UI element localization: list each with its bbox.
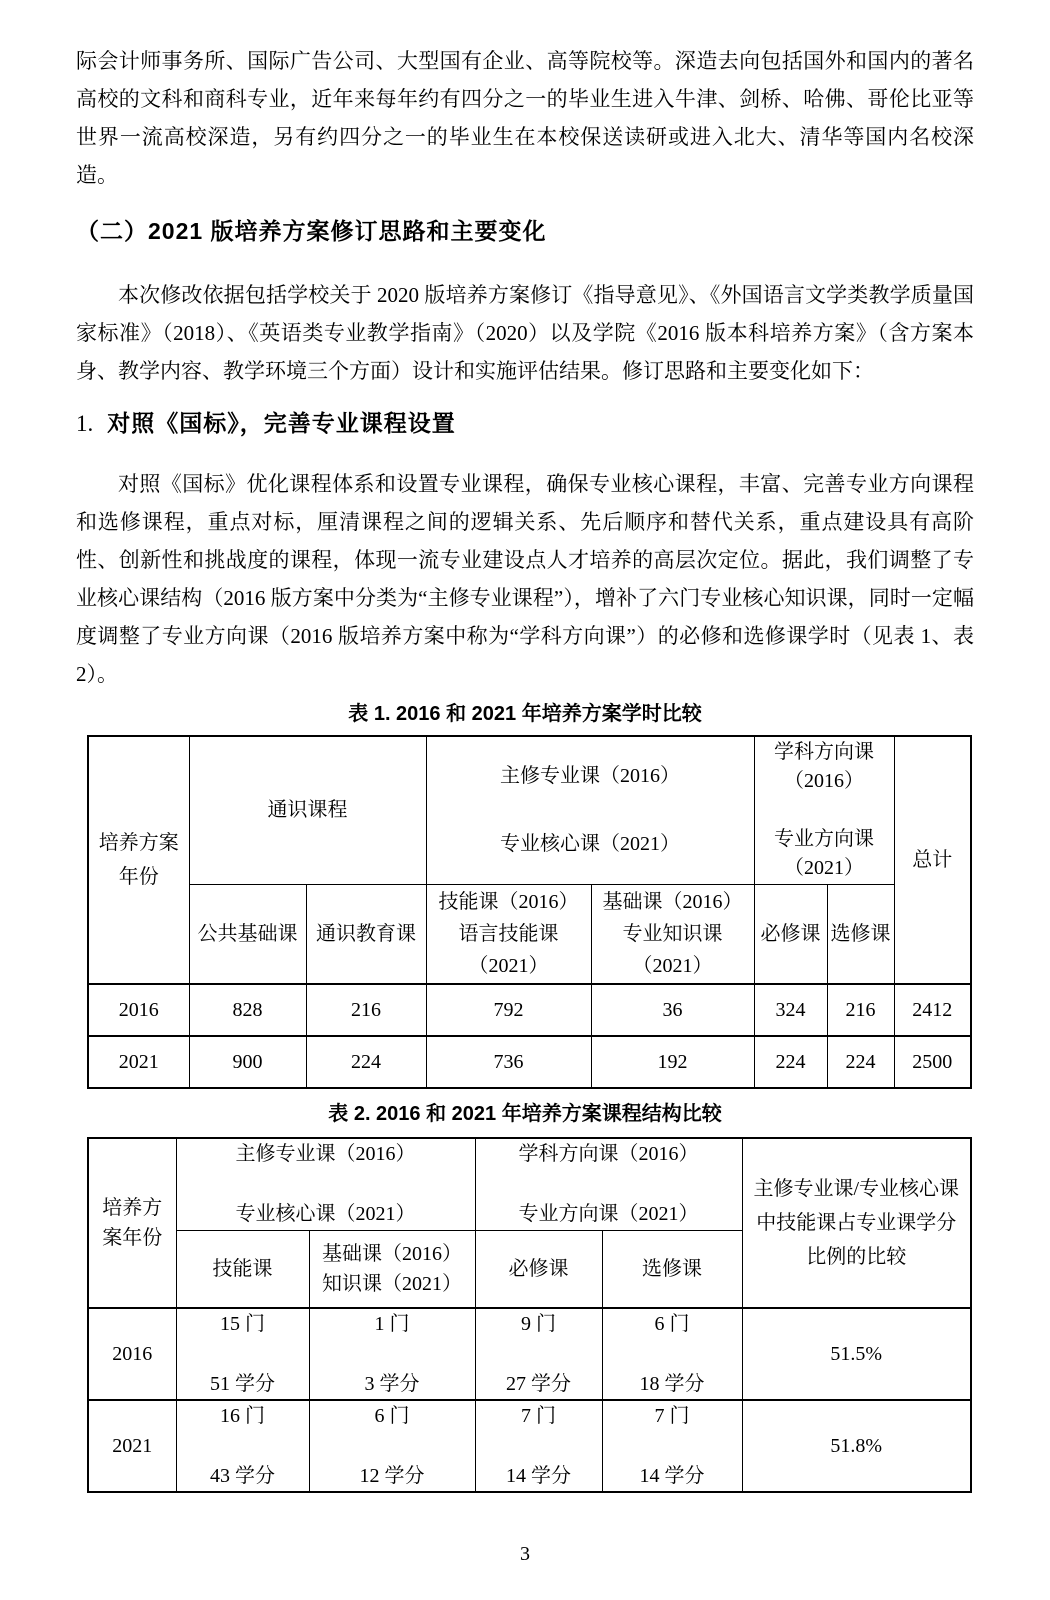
table-cell: 224 <box>306 1036 426 1088</box>
table-cell: 324 <box>754 984 827 1036</box>
table-cell: 216 <box>827 984 894 1036</box>
table2-header-elective: 选修课 <box>602 1230 742 1308</box>
table1-header-skill: 技能课（2016） 语言技能课 （2021） <box>426 884 591 984</box>
paragraph-detail: 对照《国标》优化课程体系和设置专业课程，确保专业核心课程，丰富、完善专业方向课程… <box>76 465 974 693</box>
table-cell: 2412 <box>894 984 971 1036</box>
table-cell: 2016 <box>88 984 189 1036</box>
table-cell: 15 门 51 学分 <box>176 1308 309 1400</box>
table2-header-major: 主修专业课（2016） 专业核心课（2021） <box>176 1138 475 1230</box>
table2-header-ratio: 主修专业课/专业核心课 中技能课占专业课学分 比例的比较 <box>742 1138 971 1308</box>
table-cell: 7 门 14 学分 <box>602 1400 742 1492</box>
table2-caption: 表 2. 2016 和 2021 年培养方案课程结构比较 <box>76 1101 974 1127</box>
table2-structure-comparison: 培养方 案年份 主修专业课（2016） 专业核心课（2021） 学科方向课（20… <box>87 1137 972 1493</box>
table2-header-skill: 技能课 <box>176 1230 309 1308</box>
table1-header-basic: 基础课（2016） 专业知识课 （2021） <box>591 884 754 984</box>
table1-header-direction: 学科方向课 （2016） 专业方向课 （2021） <box>754 736 894 884</box>
table2-header-year: 培养方 案年份 <box>88 1138 176 1308</box>
table1-header-major: 主修专业课（2016） 专业核心课（2021） <box>426 736 754 884</box>
table-cell: 736 <box>426 1036 591 1088</box>
table-cell: 2021 <box>88 1036 189 1088</box>
table-cell: 9 门 27 学分 <box>475 1308 602 1400</box>
table2-row-2021: 2021 16 门 43 学分 6 门 12 学分 7 门 14 学分 7 门 … <box>88 1400 971 1492</box>
table-cell: 2021 <box>88 1400 176 1492</box>
table-cell: 6 门 12 学分 <box>309 1400 475 1492</box>
table-cell: 2016 <box>88 1308 176 1400</box>
table1-row-2016: 2016 828 216 792 36 324 216 2412 <box>88 984 971 1036</box>
table-cell: 6 门 18 学分 <box>602 1308 742 1400</box>
table2-row-2016: 2016 15 门 51 学分 1 门 3 学分 9 门 27 学分 6 门 1… <box>88 1308 971 1400</box>
table-cell: 900 <box>189 1036 306 1088</box>
table2-header-required: 必修课 <box>475 1230 602 1308</box>
table1-caption: 表 1. 2016 和 2021 年培养方案学时比较 <box>76 701 974 727</box>
table1-header-row1: 培养方案 年份 通识课程 主修专业课（2016） 专业核心课（2021） 学科方… <box>88 736 971 884</box>
table-cell: 36 <box>591 984 754 1036</box>
table2-header-basic: 基础课（2016） 知识课（2021） <box>309 1230 475 1308</box>
table-cell: 1 门 3 学分 <box>309 1308 475 1400</box>
page-number: 3 <box>0 1543 1050 1566</box>
table-cell: 224 <box>754 1036 827 1088</box>
table-cell: 16 门 43 学分 <box>176 1400 309 1492</box>
table1-header-year: 培养方案 年份 <box>88 736 189 984</box>
table-cell: 828 <box>189 984 306 1036</box>
subsection-heading: 1.对照《国标》，完善专业课程设置 <box>76 408 974 439</box>
table1-header-total: 总计 <box>894 736 971 984</box>
section-heading: （二）2021 版培养方案修订思路和主要变化 <box>76 216 974 246</box>
table1-row-2021: 2021 900 224 736 192 224 224 2500 <box>88 1036 971 1088</box>
table-cell: 51.5% <box>742 1308 971 1400</box>
table-cell: 51.8% <box>742 1400 971 1492</box>
table1-hours-comparison: 培养方案 年份 通识课程 主修专业课（2016） 专业核心课（2021） 学科方… <box>87 735 972 1089</box>
paragraph-basis: 本次修改依据包括学校关于 2020 版培养方案修订《指导意见》、《外国语言文学类… <box>76 276 974 390</box>
table1-header-general-edu: 通识教育课 <box>306 884 426 984</box>
document-page: 际会计师事务所、国际广告公司、大型国有企业、高等院校等。深造去向包括国外和国内的… <box>0 0 1050 1600</box>
paragraph-continued: 际会计师事务所、国际广告公司、大型国有企业、高等院校等。深造去向包括国外和国内的… <box>76 42 974 194</box>
table2-header-direction: 学科方向课（2016） 专业方向课（2021） <box>475 1138 742 1230</box>
table2-header-row1: 培养方 案年份 主修专业课（2016） 专业核心课（2021） 学科方向课（20… <box>88 1138 971 1230</box>
table1-header-public-basic: 公共基础课 <box>189 884 306 984</box>
table-cell: 2500 <box>894 1036 971 1088</box>
table-cell: 216 <box>306 984 426 1036</box>
table-cell: 7 门 14 学分 <box>475 1400 602 1492</box>
subsection-title: 对照《国标》，完善专业课程设置 <box>107 410 456 436</box>
table-cell: 792 <box>426 984 591 1036</box>
table1-header-elective: 选修课 <box>827 884 894 984</box>
subsection-number: 1. <box>76 411 93 436</box>
table-cell: 192 <box>591 1036 754 1088</box>
table1-header-general: 通识课程 <box>189 736 426 884</box>
table1-header-required: 必修课 <box>754 884 827 984</box>
table1-header-row2: 公共基础课 通识教育课 技能课（2016） 语言技能课 （2021） 基础课（2… <box>88 884 971 984</box>
table-cell: 224 <box>827 1036 894 1088</box>
